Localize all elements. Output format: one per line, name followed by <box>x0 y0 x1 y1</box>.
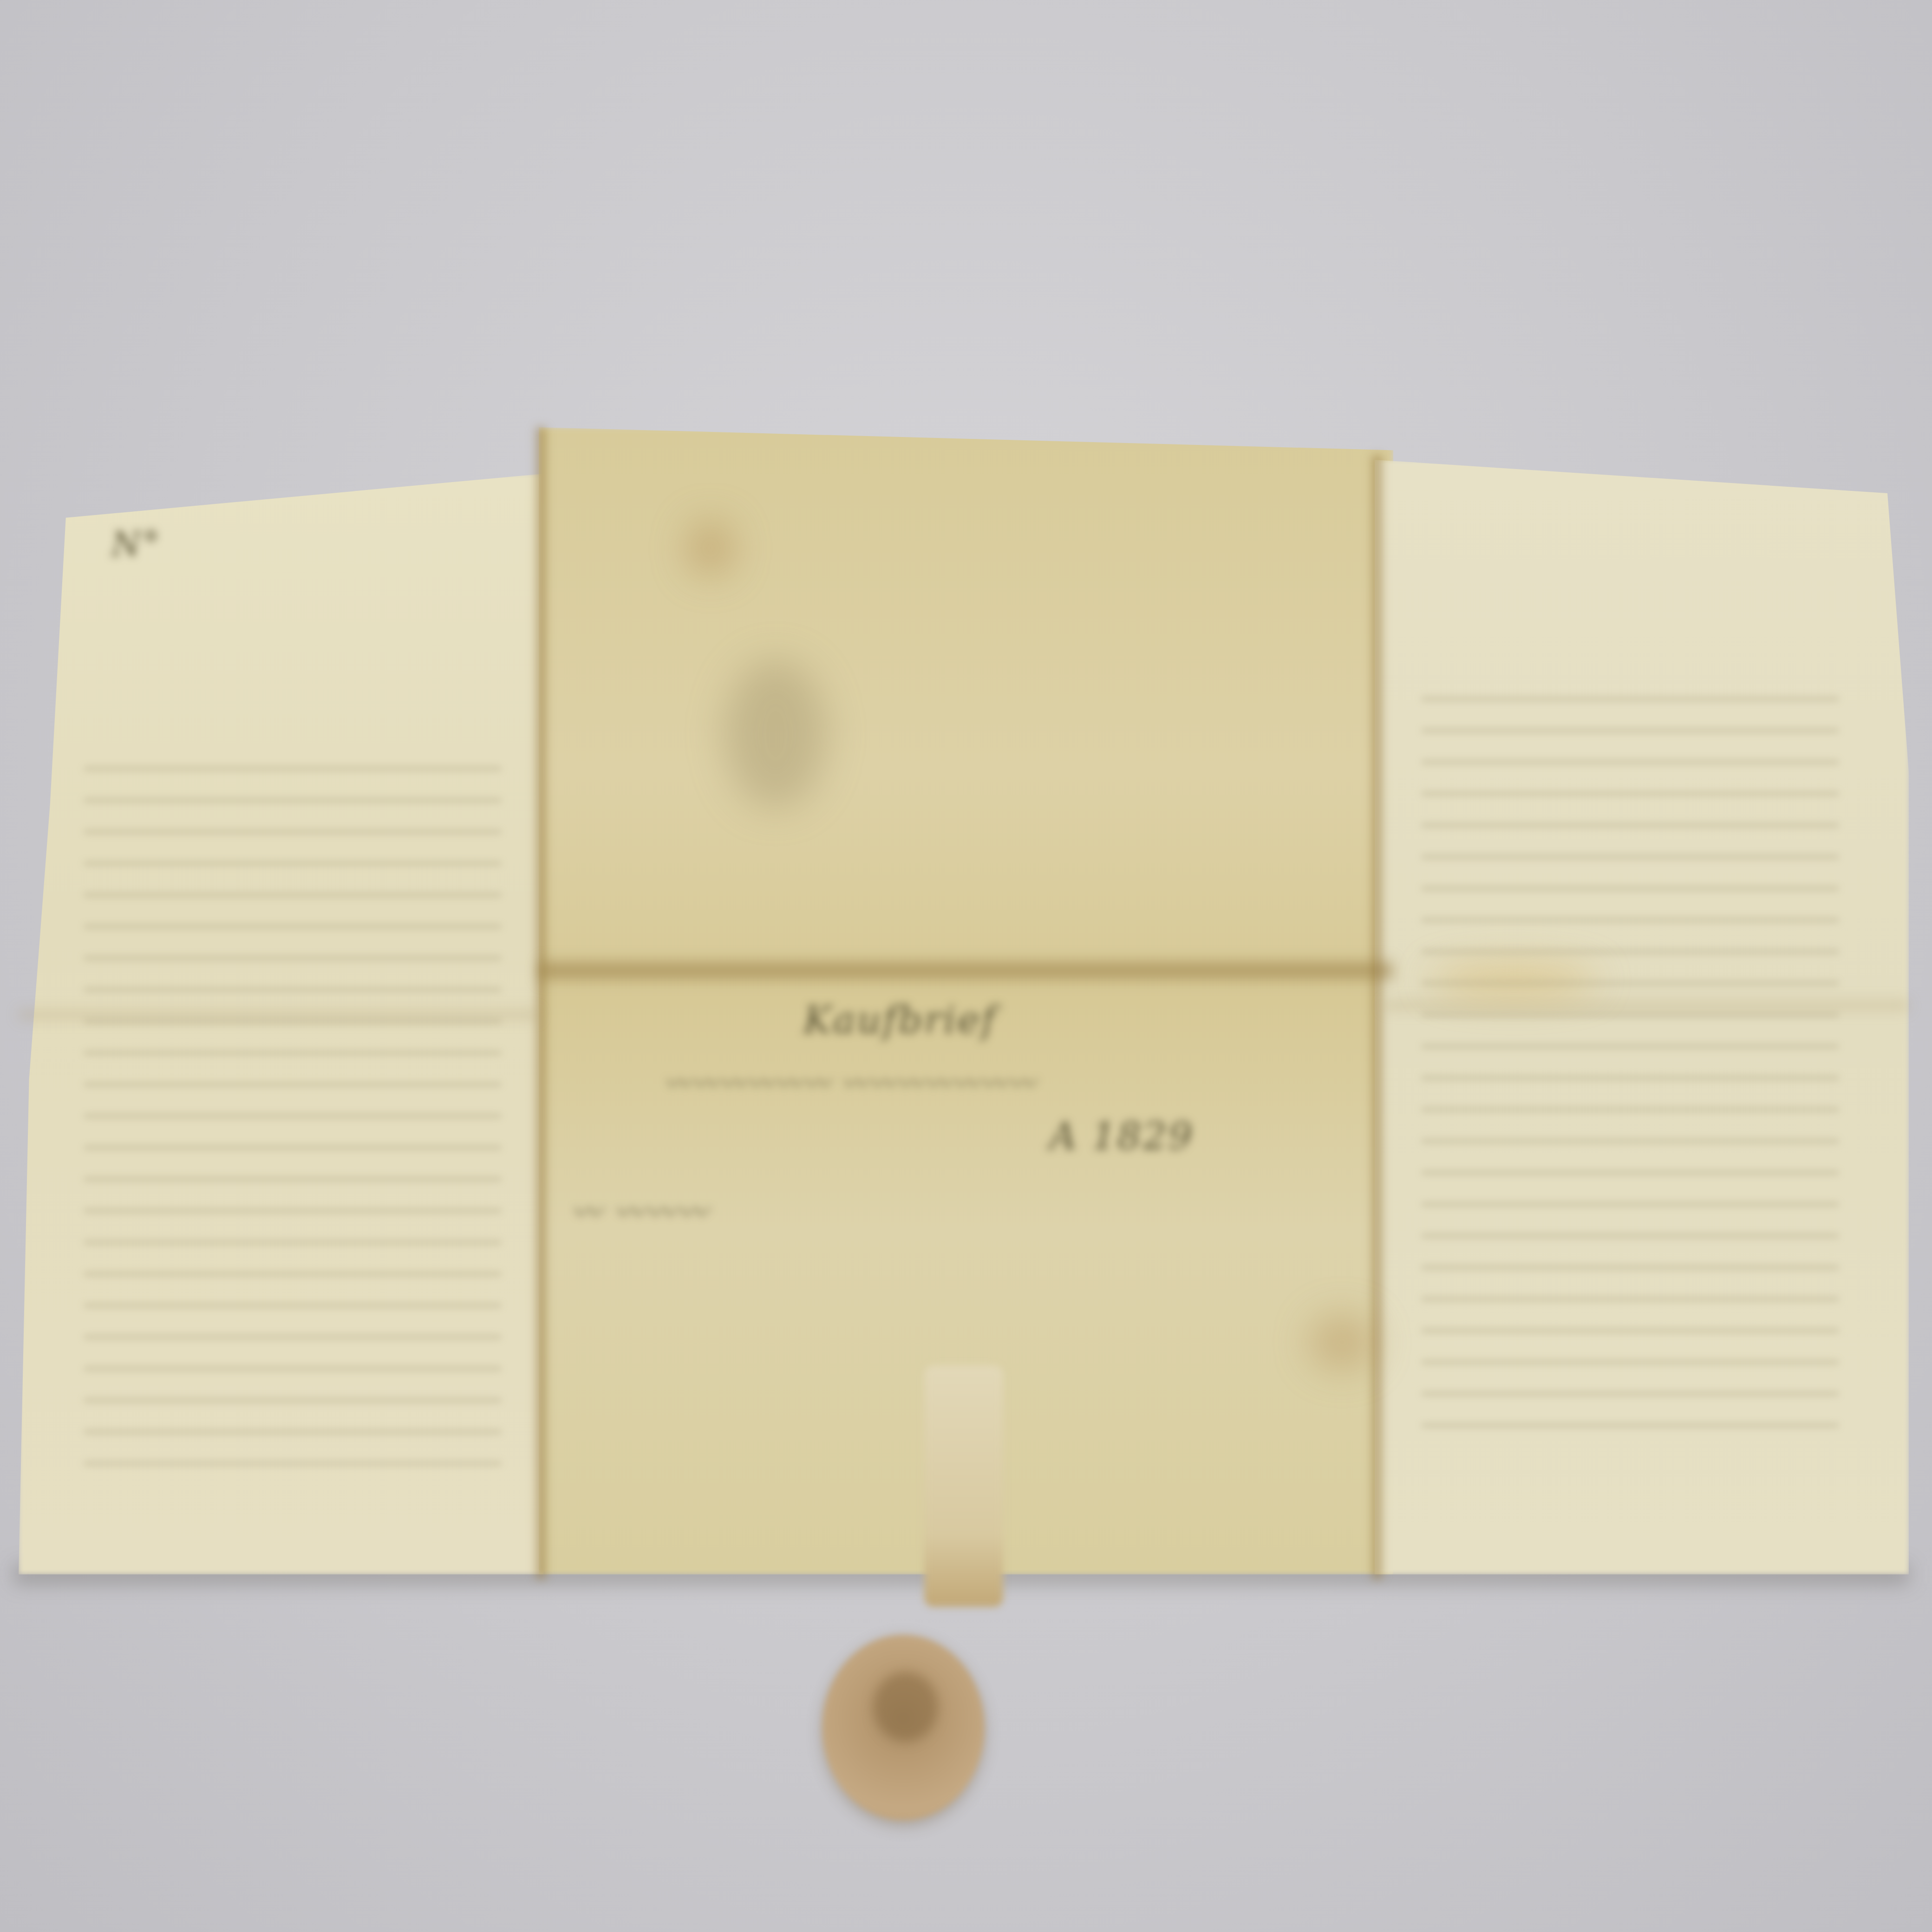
parchment-document: N° Kaufbrief 〰〰〰〰〰〰 〰〰〰〰〰〰〰 A 1829 〰 〰〰〰 <box>0 0 1932 1932</box>
handwritten-date: A 1829 <box>1050 1115 1194 1158</box>
handwritten-title: Kaufbrief <box>803 999 997 1042</box>
corner-mark: N° <box>111 525 161 564</box>
stain <box>724 659 827 808</box>
vertical-fold-left <box>534 427 548 1579</box>
stain <box>687 520 734 576</box>
vertical-fold-right <box>1370 455 1384 1579</box>
handwritten-note: 〰 〰〰〰 <box>571 1189 709 1232</box>
faint-text-right <box>1421 697 1839 1455</box>
photo-scene: N° Kaufbrief 〰〰〰〰〰〰 〰〰〰〰〰〰〰 A 1829 〰 〰〰〰 <box>0 0 1932 1932</box>
handwritten-subtitle: 〰〰〰〰〰〰 〰〰〰〰〰〰〰 <box>664 1064 1037 1101</box>
stain <box>1310 1314 1375 1370</box>
faint-text-left <box>84 766 502 1493</box>
seal-tag <box>924 1365 1003 1607</box>
horizontal-fold-center <box>539 957 1393 985</box>
seal-impression-icon <box>873 1672 938 1742</box>
